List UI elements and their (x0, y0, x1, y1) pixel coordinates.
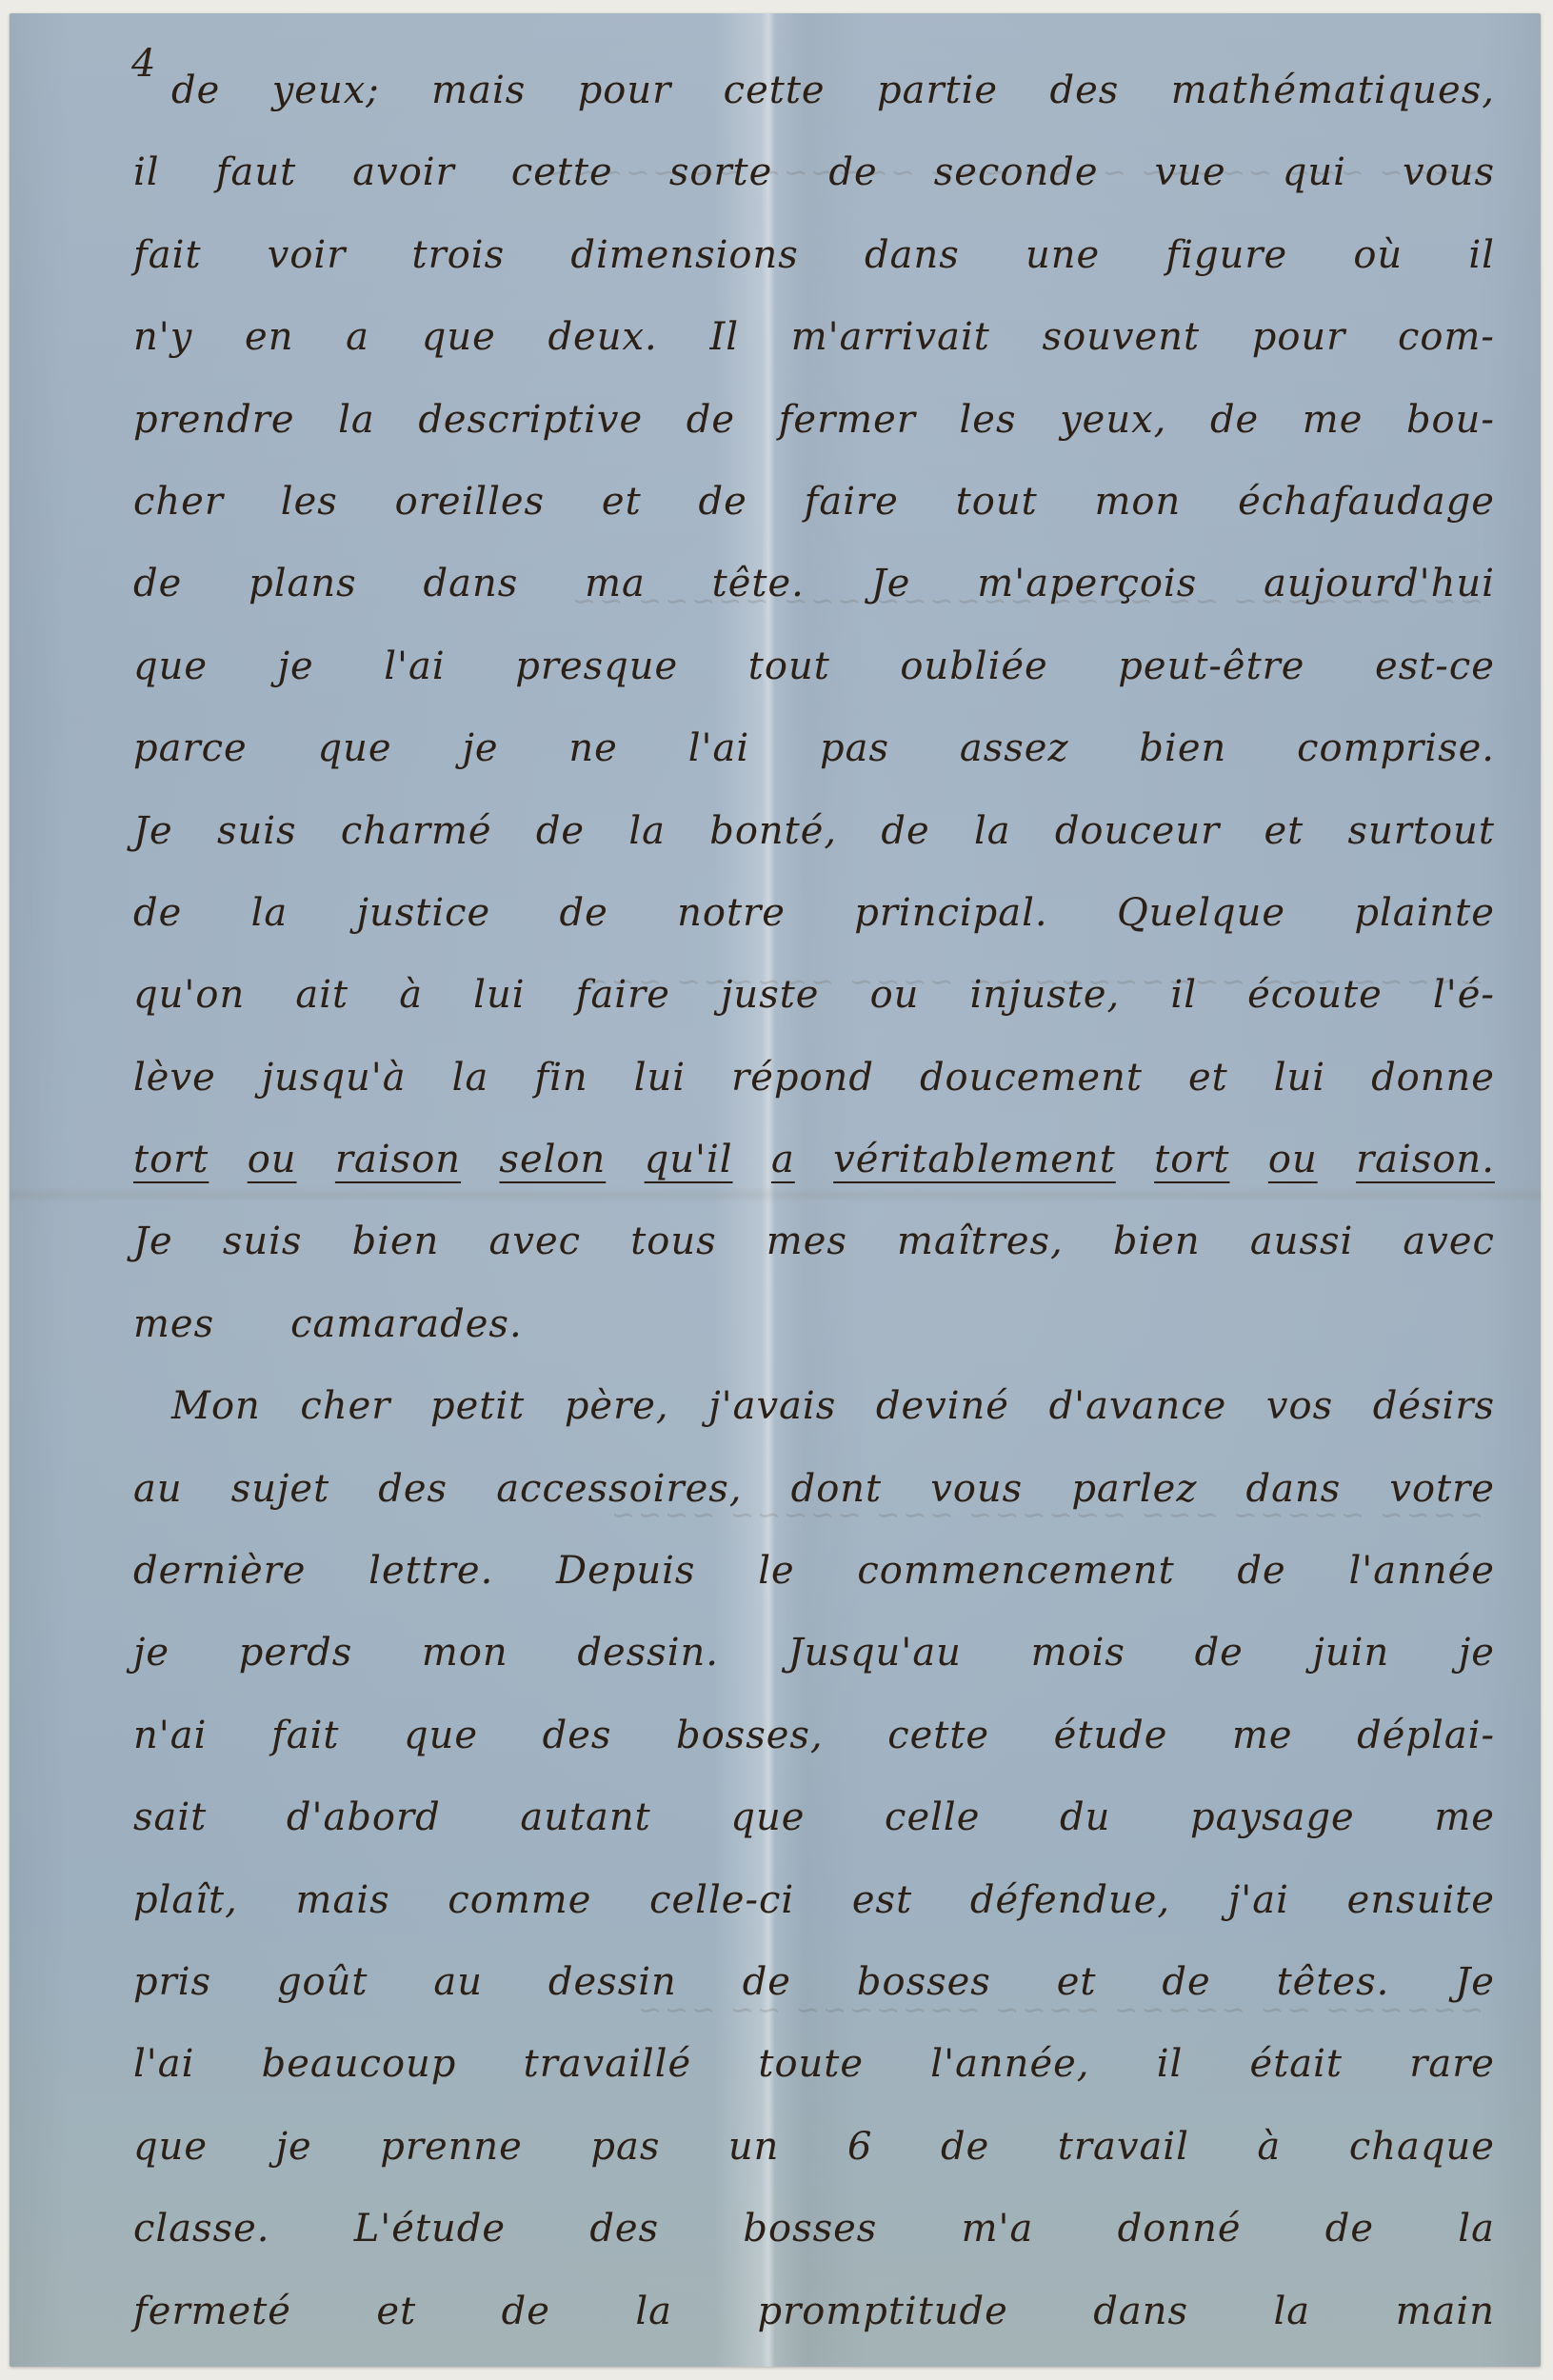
word: de (133, 543, 182, 625)
word: désirs (1373, 1365, 1495, 1447)
word: goût (277, 1941, 368, 2023)
text-line: Jesuisbienavectousmesmaîtres,bienaussiav… (133, 1200, 1495, 1282)
text-line: dernièrelettre.Depuislecommencementdel'a… (133, 1530, 1495, 1612)
word: des (543, 1695, 612, 1776)
word: seconde (934, 131, 1099, 213)
word: de (1195, 1612, 1244, 1694)
word: père, (565, 1365, 669, 1447)
word: des (589, 2188, 659, 2270)
word: maîtres, (897, 1200, 1064, 1282)
word: véritablement (833, 1119, 1116, 1200)
word: notre (677, 872, 786, 954)
word: des (1050, 50, 1120, 131)
word: Il (709, 296, 739, 378)
word: mais (431, 50, 526, 131)
word: ou (1268, 1119, 1318, 1200)
word: plans (249, 543, 357, 625)
text-line: quejel'aipresquetoutoubliéepeut-êtreest-… (133, 625, 1495, 707)
word: têtes. (1277, 1941, 1390, 2023)
word: avoir (352, 131, 454, 213)
word: Depuis (556, 1530, 695, 1612)
word: deux. (548, 296, 657, 378)
word: de (536, 790, 585, 872)
word: j'ai (1228, 1859, 1289, 1941)
word: votre (1389, 1448, 1495, 1530)
word: et (1188, 1037, 1228, 1119)
word: déplai- (1357, 1695, 1495, 1776)
word: dernière (133, 1530, 306, 1612)
word: justice (357, 872, 491, 954)
word: l'é- (1433, 954, 1495, 1036)
word: que (133, 2106, 208, 2188)
word: dessin (548, 1941, 677, 2023)
word: qu'il (645, 1119, 733, 1200)
word: donne (1371, 1037, 1495, 1119)
word: vous (1403, 131, 1495, 213)
word: m'aperçois (977, 543, 1197, 625)
word: yeux, (1060, 379, 1166, 461)
word: il (1157, 2023, 1184, 2105)
word: vue (1155, 131, 1226, 213)
word: fermeté (133, 2271, 291, 2352)
word: que (730, 1776, 805, 1858)
word: était (1250, 2023, 1343, 2105)
word: lui (634, 1037, 686, 1119)
word: m'arrivait (791, 296, 990, 378)
text-line: jeperdsmondessin.Jusqu'aumoisdejuinje (133, 1612, 1495, 1694)
word: com- (1398, 296, 1495, 378)
word: la (974, 790, 1011, 872)
word: prenne (380, 2106, 523, 2188)
word: Quelque (1117, 872, 1285, 954)
word: parlez (1071, 1448, 1197, 1530)
word: défendue, (970, 1859, 1170, 1941)
word: juste (721, 954, 819, 1036)
word: oubliée (900, 625, 1047, 707)
word: des (378, 1448, 448, 1530)
word: mathématiques, (1171, 50, 1495, 131)
word: où (1353, 214, 1403, 296)
letter-page: ~~~~ ~~~ ~~~~~ ~~~~ ~~~ ~~~~~~ ~~ ~~~~~ … (10, 13, 1541, 2367)
word: tous (630, 1200, 716, 1282)
word: fait (271, 1695, 340, 1776)
word: est-ce (1375, 625, 1495, 707)
word: perds (239, 1612, 353, 1694)
word: celle-ci (649, 1859, 794, 1941)
word: mon (422, 1612, 508, 1694)
word: descriptive (418, 379, 643, 461)
word: dont (791, 1448, 883, 1530)
word: doucement (920, 1037, 1143, 1119)
word: répond (731, 1037, 874, 1119)
word: chaque (1349, 2106, 1495, 2188)
word: bien (352, 1200, 440, 1282)
word: la (628, 790, 666, 872)
word: l'ai (384, 625, 445, 707)
word: dans (1246, 1448, 1342, 1530)
word: injuste, (970, 954, 1121, 1036)
word: bien (1113, 1200, 1201, 1282)
word: bien (1139, 707, 1226, 789)
word: lettre. (368, 1530, 493, 1612)
word: travail (1058, 2106, 1189, 2188)
word: L'étude (354, 2188, 506, 2270)
word: tort (133, 1119, 209, 1200)
word: peut-être (1118, 625, 1304, 707)
word: prendre (133, 379, 295, 461)
word: cette (887, 1695, 989, 1776)
word: étude (1054, 1695, 1168, 1776)
word: ou (870, 954, 920, 1036)
word: que (422, 296, 496, 378)
word: bosses (743, 2188, 877, 2270)
word: celle (885, 1776, 980, 1858)
text-line: ausujetdesaccessoires,dontvousparlezdans… (133, 1448, 1495, 1530)
word: surtout (1347, 790, 1494, 872)
word: un (728, 2106, 780, 2188)
word: faut (216, 131, 297, 213)
word: 6 (847, 2106, 872, 2188)
word: ou (248, 1119, 297, 1200)
letter-body: deyeux;maispourcettepartiedesmathématiqu… (133, 50, 1495, 2352)
word: main (1396, 2271, 1495, 2352)
word: figure (1165, 214, 1287, 296)
word: jusqu'à (262, 1037, 407, 1119)
word: de (1237, 1530, 1285, 1612)
word: que (133, 625, 208, 707)
word: douceur (1055, 790, 1220, 872)
word: selon (499, 1119, 606, 1200)
text-line: l'aibeaucouptravaillétoutel'année,ilétai… (133, 2023, 1495, 2105)
word: principal. (854, 872, 1047, 954)
word: sorte (669, 131, 772, 213)
word: cette (511, 131, 613, 213)
word: de (560, 872, 608, 954)
word: il (1468, 214, 1495, 296)
text-line: deyeux;maispourcettepartiedesmathématiqu… (133, 50, 1495, 131)
word: l'année (1348, 1530, 1495, 1612)
text-line: parcequejenel'aipasassezbiencomprise. (133, 707, 1495, 789)
text-line: deplansdansmatête.Jem'aperçoisaujourd'hu… (133, 543, 1495, 625)
word: a (771, 1119, 795, 1200)
word: il (1170, 954, 1197, 1036)
word: et (1057, 1941, 1097, 2023)
word: dans (1093, 2271, 1188, 2352)
text-line-paragraph-start: Moncherpetitpère,j'avaisdevinéd'avancevo… (133, 1365, 1495, 1447)
word: fait (133, 214, 202, 296)
word: suis (223, 1200, 303, 1282)
word: la (338, 379, 375, 461)
word: autant (520, 1776, 650, 1858)
text-line: qu'onaitàluifairejusteouinjuste,ilécoute… (133, 954, 1495, 1036)
text-line: plaît,maiscommecelle-ciestdéfendue,j'aie… (133, 1859, 1495, 1941)
word: juin (1313, 1612, 1390, 1694)
text-line: fermetéetdelapromptitudedanslamain (133, 2271, 1495, 2352)
word: trois (412, 214, 506, 296)
word: dimensions (570, 214, 798, 296)
word: ensuite (1347, 1859, 1495, 1941)
word: commencement (857, 1530, 1174, 1612)
word: bosses (857, 1941, 991, 2023)
word: de (1210, 379, 1259, 461)
word: d'avance (1049, 1365, 1227, 1447)
word: d'abord (287, 1776, 441, 1858)
word: charmé (341, 790, 492, 872)
word: pas (820, 707, 889, 789)
word: écoute (1247, 954, 1383, 1036)
word: une (1025, 214, 1100, 296)
word: la (1458, 2188, 1495, 2270)
word: avec (1403, 1200, 1495, 1282)
word: mes (767, 1200, 847, 1282)
word: de (1162, 1941, 1210, 2023)
word: l'année, (930, 2023, 1089, 2105)
word: me (1434, 1776, 1495, 1858)
word: de (171, 50, 220, 131)
word: n'y (133, 296, 192, 378)
word: pas (590, 2106, 660, 2188)
word: presque (515, 625, 678, 707)
word: classe. (133, 2188, 269, 2270)
word: ne (568, 707, 617, 789)
word: souvent (1043, 296, 1200, 378)
word: lui (473, 954, 525, 1036)
word: suis (217, 790, 297, 872)
word: de (828, 131, 877, 213)
word: la (1274, 2271, 1311, 2352)
word: comme (448, 1859, 591, 1941)
word: vos (1266, 1365, 1333, 1447)
word: ma (585, 543, 646, 625)
word: promptitude (758, 2271, 1008, 2352)
word: partie (877, 50, 998, 131)
word: au (433, 1941, 483, 2023)
text-line: ilfautavoircettesortedesecondevuequivous (133, 131, 1495, 213)
text-line: Jesuischarmédelabonté,deladouceuretsurto… (133, 790, 1495, 872)
word: et (1264, 790, 1304, 872)
word: sujet (231, 1448, 329, 1530)
word: assez (960, 707, 1069, 789)
word: avec (489, 1200, 582, 1282)
word: que (404, 1695, 478, 1776)
word: de (698, 461, 747, 543)
word: la (251, 872, 289, 954)
text-line: mescamarades. (133, 1283, 1495, 1365)
word: l'ai (133, 2023, 194, 2105)
word: sait (133, 1776, 207, 1858)
word: a (346, 296, 369, 378)
word: travaillé (524, 2023, 692, 2105)
word: Je (1455, 1941, 1495, 2023)
word: Mon (171, 1365, 261, 1447)
word: de (502, 2271, 550, 2352)
word: la (452, 1037, 489, 1119)
word: de (881, 790, 929, 872)
text-line: delajusticedenotreprincipal.Quelqueplain… (133, 872, 1495, 954)
word: qu'on (133, 954, 245, 1036)
word: mes (133, 1283, 214, 1365)
word: oreilles (395, 461, 545, 543)
word: pour (578, 50, 672, 131)
text-line: prendreladescriptivedefermerlesyeux,deme… (133, 379, 1495, 461)
word: dessin. (577, 1612, 719, 1694)
word: à (399, 954, 423, 1036)
word: camarades. (290, 1283, 523, 1365)
word: au (133, 1448, 183, 1530)
word: les (281, 461, 338, 543)
word: tête. (712, 543, 805, 625)
word: je (462, 707, 498, 789)
word: parce (133, 707, 248, 789)
word: de (743, 1941, 791, 2023)
word: il (133, 131, 160, 213)
word: tort (1154, 1119, 1229, 1200)
text-line: cherlesoreillesetdefairetoutmonéchafauda… (133, 461, 1495, 543)
word: fin (534, 1037, 587, 1119)
word: vous (930, 1448, 1023, 1530)
word: fermer (779, 379, 916, 461)
word: cher (133, 461, 224, 543)
word: les (960, 379, 1017, 461)
text-line: prisgoûtaudessindebossesetdetêtes.Je (133, 1941, 1495, 2023)
word: toute (758, 2023, 864, 2105)
word: aussi (1250, 1200, 1353, 1282)
word: je (278, 625, 314, 707)
word: raison (335, 1119, 461, 1200)
word: je (276, 2106, 312, 2188)
word: Je (133, 1200, 173, 1282)
text-line: quejeprennepasun6detravailàchaque (133, 2106, 1495, 2188)
word: m'a (962, 2188, 1034, 2270)
word: mon (1095, 461, 1182, 543)
word: et (376, 2271, 416, 2352)
word: rare (1409, 2023, 1495, 2105)
word: qui (1283, 131, 1346, 213)
word: deviné (876, 1365, 1009, 1447)
word: me (1232, 1695, 1293, 1776)
word: me (1303, 379, 1364, 461)
word: faire (576, 954, 670, 1036)
word: Je (133, 790, 173, 872)
word: tout (748, 625, 830, 707)
word: cette (724, 50, 826, 131)
word: de (133, 872, 182, 954)
word: bou- (1406, 379, 1495, 461)
word: la (635, 2271, 672, 2352)
word: je (133, 1612, 169, 1694)
word: Je (871, 543, 911, 625)
word: en (245, 296, 293, 378)
word: aujourd'hui (1264, 543, 1495, 625)
word: voir (268, 214, 347, 296)
word: j'avais (708, 1365, 836, 1447)
text-line: classe.L'étudedesbossesm'adonnédela (133, 2188, 1495, 2270)
word: n'ai (133, 1695, 207, 1776)
word: de (941, 2106, 989, 2188)
text-line: saitd'abordautantquecelledupaysageme (133, 1776, 1495, 1858)
word: dans (423, 543, 518, 625)
word: petit (430, 1365, 525, 1447)
word: cher (300, 1365, 390, 1447)
word: pris (133, 1941, 211, 2023)
word: beaucoup (262, 2023, 457, 2105)
word: que (318, 707, 392, 789)
word: comprise. (1297, 707, 1495, 789)
text-line-underlined: tortouraisonselonqu'ilavéritablementtort… (133, 1119, 1495, 1200)
word: plainte (1354, 872, 1495, 954)
word: l'ai (688, 707, 749, 789)
word: paysage (1190, 1776, 1355, 1858)
word: faire (805, 461, 899, 543)
word: est (852, 1859, 912, 1941)
word: le (758, 1530, 794, 1612)
word: Jusqu'au (788, 1612, 962, 1694)
text-line: faitvoirtroisdimensionsdansunefigureoùil (133, 214, 1495, 296)
word: de (687, 379, 735, 461)
word: dans (865, 214, 960, 296)
word: échafaudage (1238, 461, 1495, 543)
text-line: lèvejusqu'àlafinluiréponddoucementetluid… (133, 1037, 1495, 1119)
word: mois (1031, 1612, 1125, 1694)
word: yeux; (272, 50, 380, 131)
word: je (1459, 1612, 1495, 1694)
word: de (1325, 2188, 1374, 2270)
word: plaît, (133, 1859, 238, 1941)
word: bonté, (709, 790, 837, 872)
word: du (1060, 1776, 1110, 1858)
word: pour (1252, 296, 1346, 378)
word: raison. (1356, 1119, 1495, 1200)
word: accessoires, (496, 1448, 742, 1530)
text-line: n'yenaquedeux.Ilm'arrivaitsouventpourcom… (133, 296, 1495, 378)
word: tout (956, 461, 1038, 543)
word: à (1257, 2106, 1281, 2188)
text-line: n'aifaitquedesbosses,cetteétudemedéplai- (133, 1695, 1495, 1776)
word: mais (296, 1859, 390, 1941)
word: bosses, (676, 1695, 824, 1776)
word: ait (295, 954, 348, 1036)
word: lui (1274, 1037, 1325, 1119)
word: et (602, 461, 642, 543)
word: donné (1118, 2188, 1242, 2270)
word: lève (133, 1037, 216, 1119)
